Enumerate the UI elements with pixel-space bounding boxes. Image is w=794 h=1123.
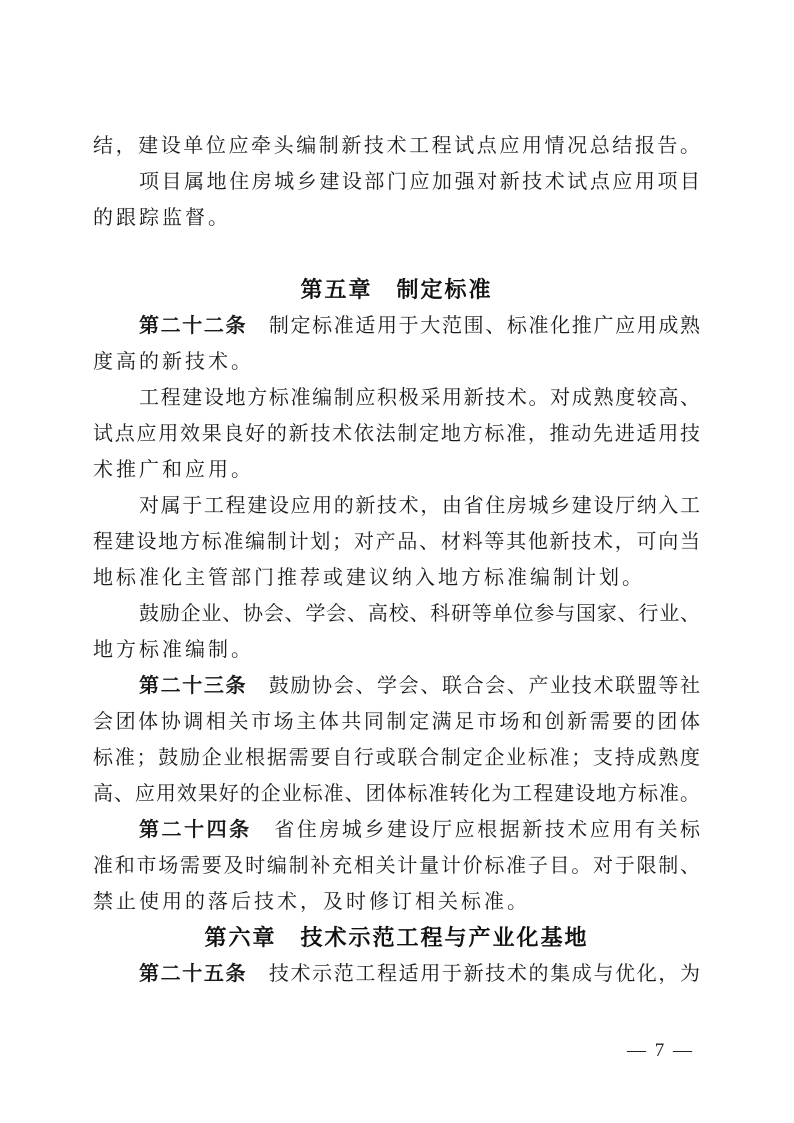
text-line: 地方标准编制。 — [93, 632, 700, 668]
text-line: 准和市场需要及时编制补充相关计量计价标准子目。对于限制、 — [93, 848, 700, 884]
text-segment: 制定标准适用于大范围、标准化推广应用成熟 — [247, 315, 700, 337]
text-segment: 技术示范工程适用于新技术的集成与优化，为 — [247, 963, 700, 985]
text-segment: 程建设地方标准编制计划；对产品、材料等其他新技术，可向当 — [93, 531, 700, 553]
text-segment: 结，建设单位应牵头编制新技术工程试点应用情况总结报告。 — [93, 135, 700, 157]
text-line: 鼓励企业、协会、学会、高校、科研等单位参与国家、行业、 — [93, 596, 700, 632]
text-line: 的跟踪监督。 — [93, 200, 700, 236]
text-line: 工程建设地方标准编制应积极采用新技术。对成熟度较高、 — [93, 380, 700, 416]
text-line: 第二十二条 制定标准适用于大范围、标准化推广应用成熟 — [93, 308, 700, 344]
article-number: 第二十三条 — [139, 675, 247, 697]
text-line: 高、应用效果好的企业标准、团体标准转化为工程建设地方标准。 — [93, 776, 700, 812]
text-segment: 鼓励协会、学会、联合会、产业技术联盟等社 — [247, 675, 700, 697]
text-segment: 准和市场需要及时编制补充相关计量计价标准子目。对于限制、 — [93, 855, 700, 877]
text-line: 第二十三条 鼓励协会、学会、联合会、产业技术联盟等社 — [93, 668, 700, 704]
text-segment: 禁止使用的落后技术，及时修订相关标准。 — [93, 891, 530, 913]
text-line: 标准；鼓励企业根据需要自行或联合制定企业标准；支持成熟度 — [93, 740, 700, 776]
text-line: 度高的新技术。 — [93, 344, 700, 380]
text-segment: 省住房城乡建设厅应根据新技术应用有关标 — [252, 819, 700, 841]
text-line: 试点应用效果良好的新技术依法制定地方标准，推动先进适用技 — [93, 416, 700, 452]
text-segment: 会团体协调相关市场主体共同制定满足市场和创新需要的团体 — [93, 711, 700, 733]
text-segment: 度高的新技术。 — [93, 351, 254, 373]
text-line: 地标准化主管部门推荐或建议纳入地方标准编制计划。 — [93, 560, 700, 596]
text-line: 程建设地方标准编制计划；对产品、材料等其他新技术，可向当 — [93, 524, 700, 560]
text-segment: 的跟踪监督。 — [93, 207, 231, 229]
text-line: 第二十四条 省住房城乡建设厅应根据新技术应用有关标 — [93, 812, 700, 848]
text-line: 对属于工程建设应用的新技术，由省住房城乡建设厅纳入工 — [93, 488, 700, 524]
text-segment: 试点应用效果良好的新技术依法制定地方标准，推动先进适用技 — [93, 423, 700, 445]
page-number: — 7 — — [627, 1040, 694, 1062]
document-page: 结，建设单位应牵头编制新技术工程试点应用情况总结报告。项目属地住房城乡建设部门应… — [0, 0, 794, 1123]
text-segment: 对属于工程建设应用的新技术，由省住房城乡建设厅纳入工 — [139, 495, 700, 517]
text-segment: 项目属地住房城乡建设部门应加强对新技术试点应用项目 — [139, 171, 700, 193]
text-segment: 地方标准编制。 — [93, 639, 254, 661]
text-line: 会团体协调相关市场主体共同制定满足市场和创新需要的团体 — [93, 704, 700, 740]
text-line: 结，建设单位应牵头编制新技术工程试点应用情况总结报告。 — [93, 128, 700, 164]
text-line: 项目属地住房城乡建设部门应加强对新技术试点应用项目 — [93, 164, 700, 200]
text-line: 第二十五条 技术示范工程适用于新技术的集成与优化，为 — [93, 956, 700, 992]
article-number: 第二十五条 — [139, 963, 247, 985]
chapter-heading: 第六章 技术示范工程与产业化基地 — [93, 920, 700, 956]
text-segment: 工程建设地方标准编制应积极采用新技术。对成熟度较高、 — [139, 387, 700, 409]
chapter-heading: 第五章 制定标准 — [93, 272, 700, 308]
text-segment: 高、应用效果好的企业标准、团体标准转化为工程建设地方标准。 — [93, 783, 700, 805]
article-number: 第二十四条 — [139, 819, 252, 841]
text-line: 术推广和应用。 — [93, 452, 700, 488]
text-segment: 地标准化主管部门推荐或建议纳入地方标准编制计划。 — [93, 567, 645, 589]
text-segment: 鼓励企业、协会、学会、高校、科研等单位参与国家、行业、 — [139, 603, 700, 625]
text-segment: 标准；鼓励企业根据需要自行或联合制定企业标准；支持成熟度 — [93, 747, 700, 769]
document-body: 结，建设单位应牵头编制新技术工程试点应用情况总结报告。项目属地住房城乡建设部门应… — [93, 128, 700, 992]
article-number: 第二十二条 — [139, 315, 247, 337]
text-segment: 术推广和应用。 — [93, 459, 254, 481]
text-line: 禁止使用的落后技术，及时修订相关标准。 — [93, 884, 700, 920]
